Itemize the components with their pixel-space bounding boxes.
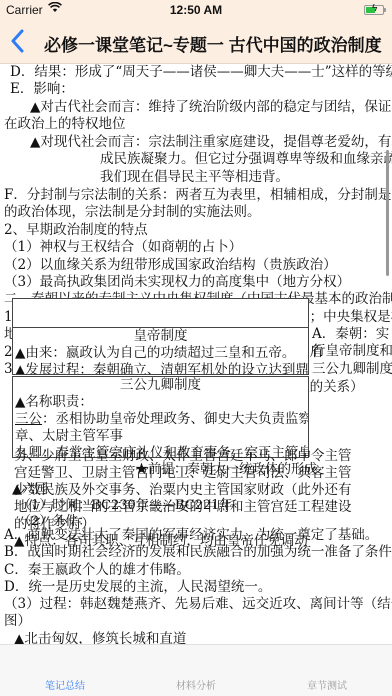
note-line: 的政治体现，宗法制是分封制的实施法则。 [4,204,261,221]
scrollbar[interactable] [386,150,389,276]
carrier-label: Carrier [6,3,43,17]
box-line: ▲由来：嬴政认为自己的功绩超过三皇和五帝。 [13,345,308,362]
note-line: ▲对古代社会而言：维持了统治阶级内部的稳定与团结，保证了贵族 [30,99,392,116]
side-note: A．秦朝：实 [312,326,389,343]
box-line: ：丞相协助皇帝处理政务、御史大夫负责监察批阅奏 [42,411,309,427]
note-line: D．结果：形成了“周天子——诸侯——卿大夫——士”这样的等级制度 [10,64,392,81]
box-title: 皇帝制度 [13,328,308,345]
note-line: 我们现在倡导民主平等相违背。 [100,169,289,186]
tab-material-analysis[interactable]: 材料分析 [131,677,261,692]
box-line: 章、太尉主管军事 [13,428,308,445]
box-line: ▲名称职责： [13,394,308,411]
box-title: 三公九卿制度 [13,377,308,394]
wifi-icon [48,2,62,16]
note-line: C．秦王嬴政个人的雄才伟略。 [4,562,392,579]
tab-bar: 笔记总结 材料分析 章节测试 [0,644,392,696]
note-line: 2、早期政治制度的特点 [4,222,148,239]
note-line: A．商鞅变法壮大了秦国的军事经济实力，为统一奠定了基础。 [4,527,392,544]
note-line: （1）神权与王权结合（如商朝的占卜） [4,239,242,256]
battery-charging-icon: ϟ [364,5,384,15]
tab-chapter-test[interactable]: 章节测试 [262,677,392,692]
page-title: 必修一课堂笔记~专题一 古代中国的政治制度 [44,31,384,56]
status-bar: Carrier 12:50 AM ϟ [0,0,392,20]
chevron-left-icon [10,29,24,53]
note-line: 在政治上的特权地位 [4,116,126,133]
three-ministers-box: 三公九卿制度 ▲名称职责： 三公：丞相协助皇帝处理政务、御史大夫负责监察批阅奏 … [12,376,309,458]
emperor-system-box: 皇帝制度 ▲由来：嬴政认为自己的功绩超过三皇和五帝。 ▲发展过程：秦朝确立、清朝… [12,327,309,375]
note-line: E．影响： [10,81,74,98]
note-line: 成民族凝聚力。但它过分强调尊卑等级和血缘亲疏，与 [100,151,392,168]
box-line: ▲发展过程：秦朝确立、清朝军机处的设立达到鼎盛、临 [13,362,308,375]
back-button[interactable] [10,26,34,56]
tab-notes-summary[interactable]: 笔记总结 [0,677,130,692]
navigation-bar: 必修一课堂笔记~专题一 古代中国的政治制度 [0,20,392,64]
note-line: （3）最高执政集团尚未实现权力的高度集中（地方分权） [4,274,350,291]
note-line: F．分封制与宗法制的关系：两者互为表里，相辅相成，分封制是宗法制 [4,187,392,204]
note-line: 图） [4,613,392,630]
note-line: （2）以血缘关系为纽带形成国家政治结构（贵族政治） [4,257,337,274]
note-line: （3）过程：韩赵魏楚燕齐、先易后难、远交近攻、离间计等（结合地 [4,596,392,613]
side-note: 三公九卿制度 [312,361,392,378]
side-note: 行皇帝制度和 [312,343,392,360]
term-sangong: 三公 [15,411,42,427]
note-line: B．战国时期社会经济的发展和民族融合的加强为统一准备了条件。 [4,544,392,561]
overlay-premise: ★前提：秦朝大一统政体的形成 [135,458,317,477]
note-line: ▲对现代社会而言：宗法制注重家庭建设，提倡尊老爱幼，有利于形 [30,134,392,151]
note-line: D．统一是历史发展的主流，人民渴望统一。 [4,579,392,596]
